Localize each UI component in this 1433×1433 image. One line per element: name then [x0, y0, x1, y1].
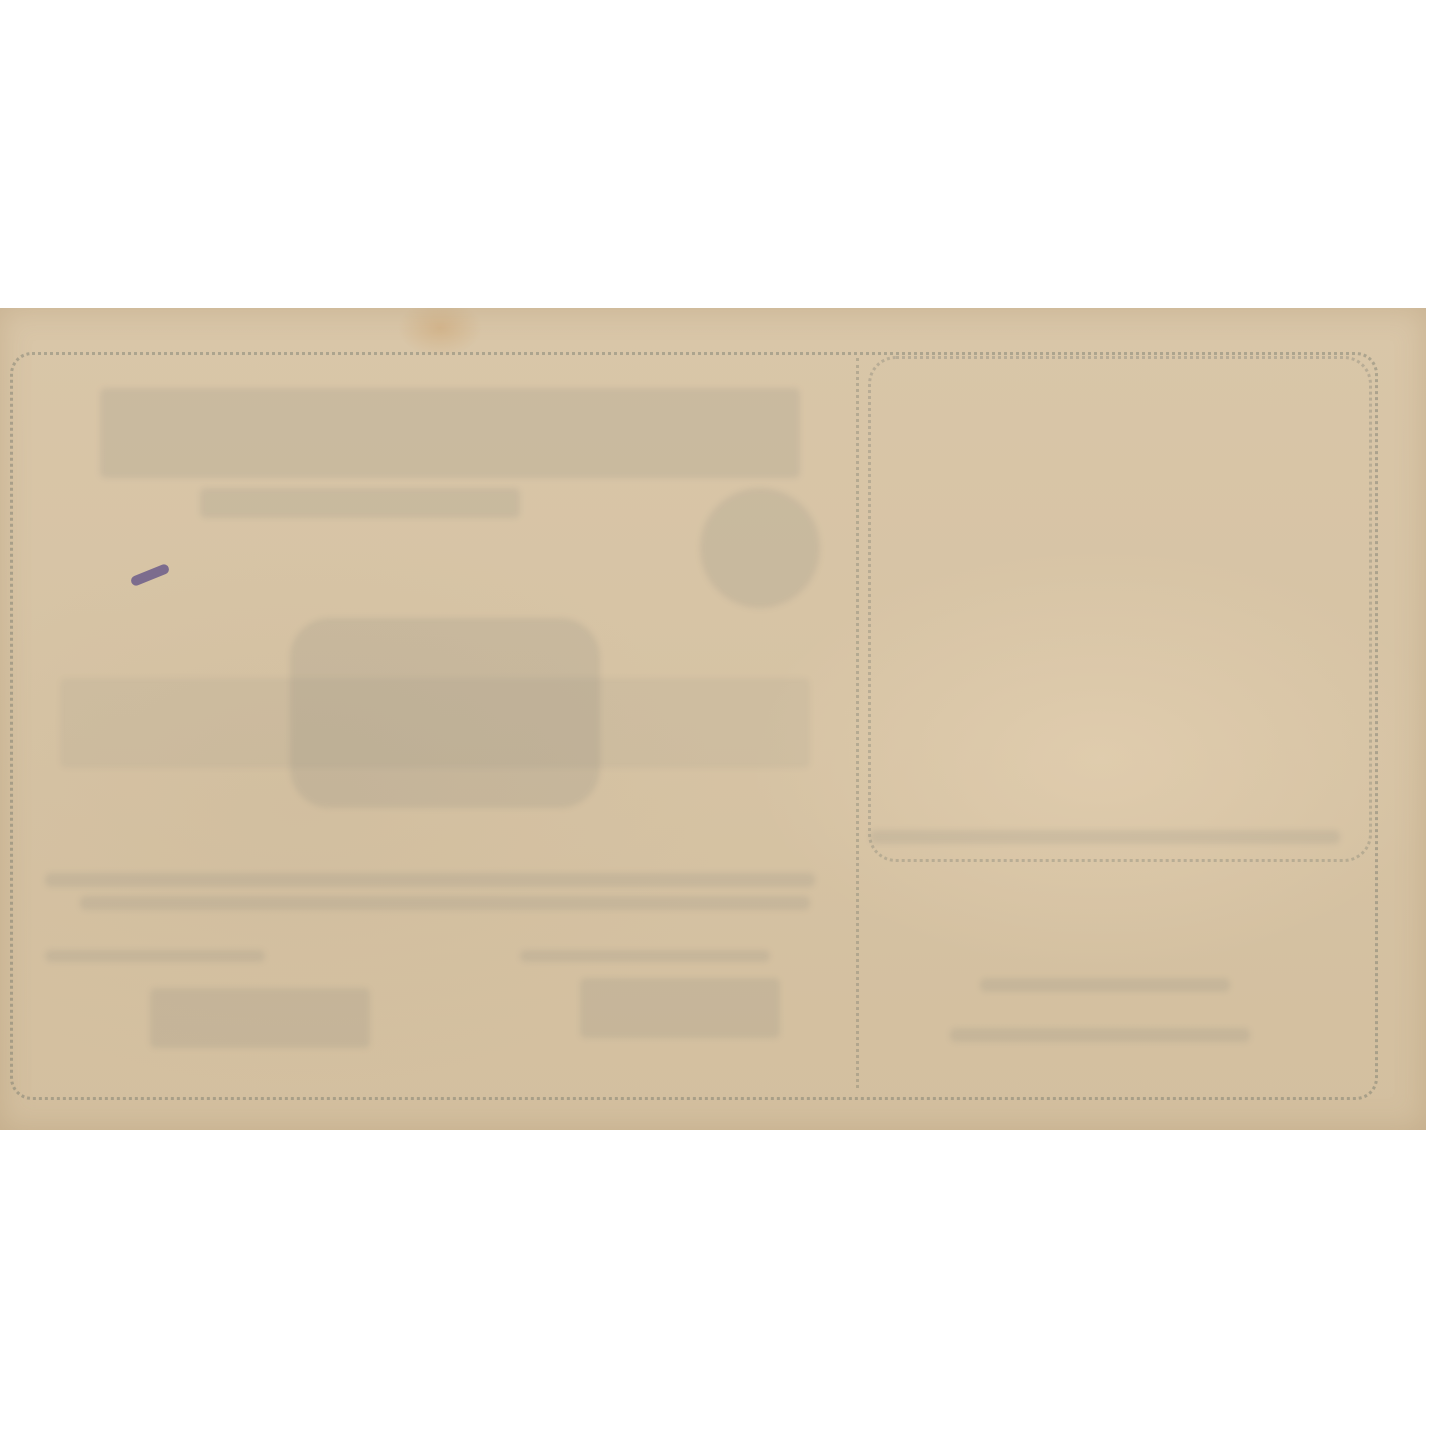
- right-text-ghost-2: [980, 978, 1230, 992]
- header-text-ghost: [100, 388, 800, 478]
- text-line-ghost-1: [45, 873, 815, 887]
- note-reverse-paper: Reverse side of an aged paper banknote/n…: [0, 308, 1426, 1130]
- right-text-ghost-3: [950, 1028, 1250, 1042]
- right-text-ghost-1: [870, 830, 1340, 844]
- text-line-ghost-2: [80, 896, 810, 910]
- subtitle-text-ghost: [200, 488, 520, 518]
- right-panel-frame-ghost: [868, 356, 1372, 862]
- place-line-ghost: [520, 950, 770, 962]
- seal-ghost: [700, 488, 820, 608]
- signature-ghost-2: [580, 978, 780, 1038]
- value-band-ghost: [60, 678, 810, 768]
- date-line-ghost: [45, 950, 265, 962]
- signature-ghost-1: [150, 988, 370, 1048]
- image-description: Reverse side of an aged paper banknote/n…: [0, 308, 1, 309]
- panel-divider-ghost: [856, 358, 859, 1088]
